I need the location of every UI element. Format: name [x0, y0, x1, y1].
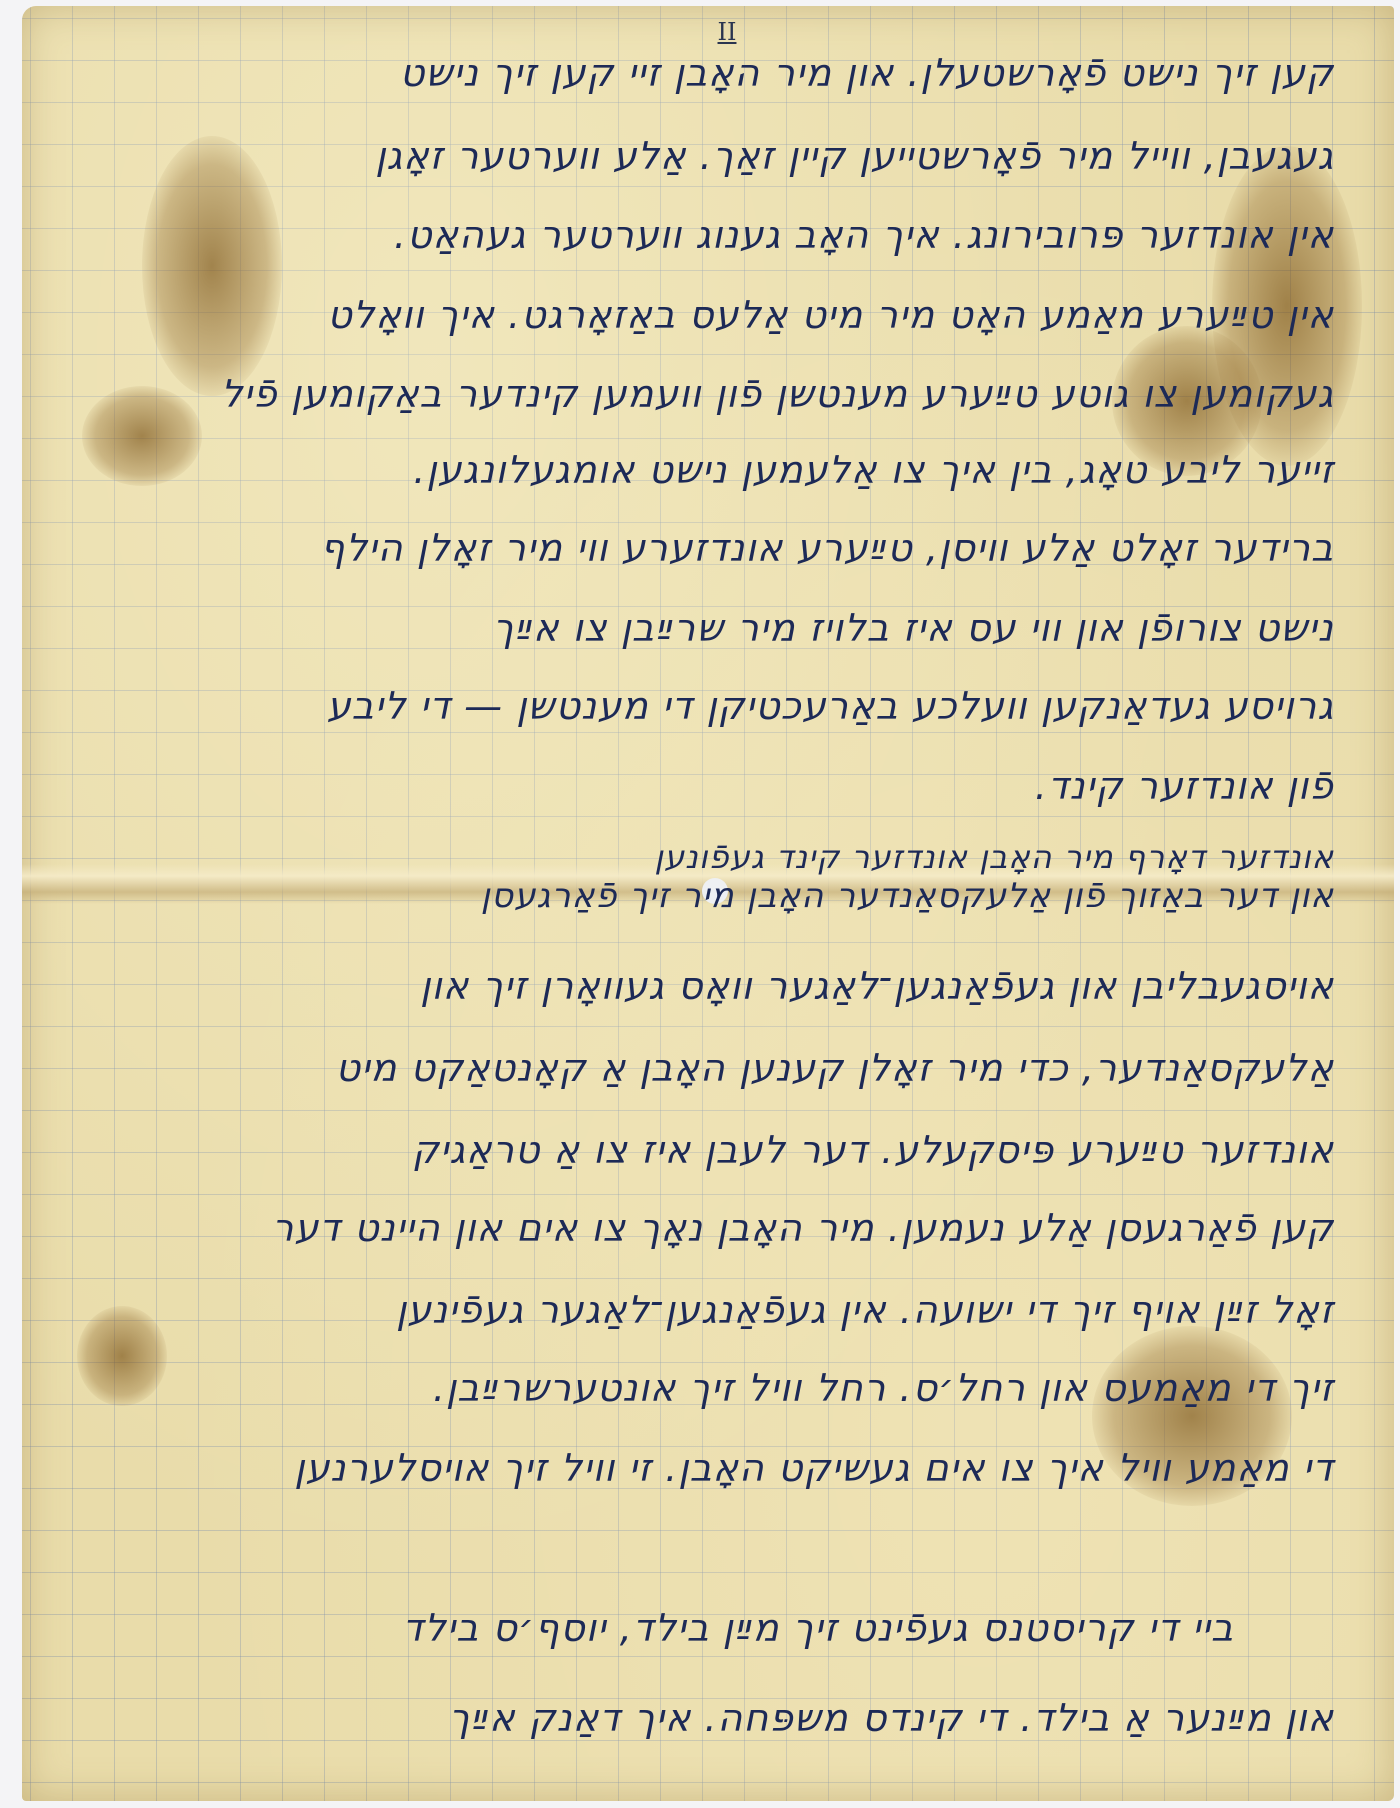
page-number: II — [712, 18, 742, 46]
text-line: ביי די קריסטנס געפֿינט זיך מײַן בילד, יו… — [402, 1606, 1234, 1650]
stain-top-left — [142, 136, 282, 396]
text-line: און מײַנער אַ בילד. די קינדס משפּחה. איך… — [449, 1696, 1334, 1740]
text-line: זיך די מאַמעס און רחל׳ס. רחל וויל זיך או… — [433, 1366, 1334, 1410]
text-line: אונדזער טײַערע פּיסקעלע. דער לעבן איז צו… — [412, 1128, 1334, 1172]
text-line: קען זיך נישט פֿאָרשטעלן. און מיר האָבן ז… — [400, 51, 1334, 95]
text-line: פֿון אונדזער קינד. — [1035, 764, 1334, 808]
stain-mid-left — [82, 386, 202, 486]
text-line: נישט צורופֿן און ווי עס איז בלויז מיר שר… — [493, 606, 1334, 650]
text-line: אין טײַערע מאַמע האָט מיר מיט אַלעס באַז… — [327, 293, 1334, 337]
letter-page: II קען זיך נישט פֿאָרשטעלן. און מיר האָב… — [22, 6, 1394, 1801]
text-line: גרויסע געדאַנקען וועלכע באַרעכטיקן די מע… — [327, 684, 1334, 728]
text-line: און דער באַזוך פֿון אַלעקסאַנדער האָבן מ… — [481, 876, 1334, 916]
text-line: געגעבן, ווייל מיר פֿאָרשטייען קיין זאַך.… — [375, 134, 1334, 178]
text-line: אַלעקסאַנדער, כדי מיר זאָלן קענען האָבן … — [335, 1046, 1334, 1090]
stain-lower-left — [77, 1306, 167, 1406]
text-line: אונדזער דאָרף מיר האָבן אונדזער קינד געפ… — [654, 838, 1334, 876]
text-line: קען פֿאַרגעסן אַלע נעמען. מיר האָבן נאָך… — [272, 1206, 1334, 1250]
text-line: געקומען צו גוטע טײַערע מענטשן פֿון וועמע… — [221, 372, 1334, 416]
text-line: זייער ליבע טאָג, בין איך צו אַלעמען נישט… — [413, 448, 1334, 492]
text-line: ברידער זאָלט אַלע וויסן, טײַערע אונדזערע… — [320, 526, 1334, 570]
text-line: זאָל זײַן אויף זיך די ישועה. אין געפֿאַנ… — [396, 1288, 1334, 1332]
text-line: אויסגעבליבן און געפֿאַנגען־לאַגער וואָס … — [420, 964, 1334, 1008]
text-line: די מאַמע וויל איך צו אים געשיקט האָבן. ז… — [294, 1446, 1334, 1490]
text-line: אין אונדזער פּרובירונג. איך האָב גענוג ו… — [394, 213, 1334, 257]
